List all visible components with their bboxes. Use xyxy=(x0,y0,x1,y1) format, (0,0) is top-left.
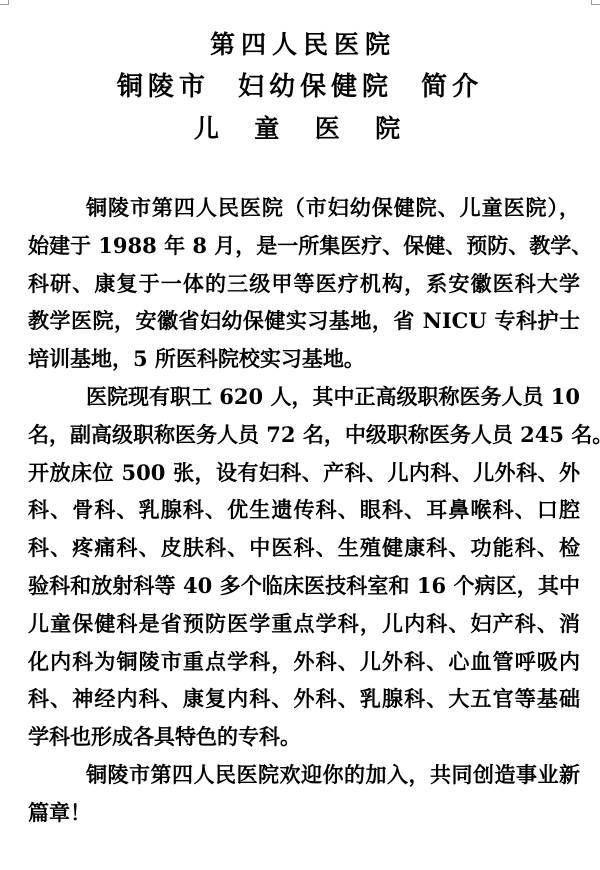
text-line: 始建于 1988 年 8 月，是一所集医疗、保健、预防、教学、 xyxy=(28,227,580,265)
document-title-block: 第四人民医院 铜陵市 妇幼保健院 简介 儿 童 医 院 xyxy=(0,30,600,156)
paragraph-welcome: 铜陵市第四人民医院欢迎你的加入，共同创造事业新 篇章！ xyxy=(28,756,580,832)
title-line-children-hospital: 儿 童 医 院 xyxy=(0,114,600,156)
text-line: 儿童保健科是省预防医学重点学科，儿内科、妇产科、消 xyxy=(28,605,580,643)
text-line: 科、疼痛科、皮肤科、中医科、生殖健康科、功能科、检 xyxy=(28,529,580,567)
paragraph-introduction: 铜陵市第四人民医院（市妇幼保健院、儿童医院）， 始建于 1988 年 8 月，是… xyxy=(28,189,580,378)
paragraph-staff-and-departments: 医院现有职工 620 人，其中正高级职称医务人员 10 名，副高级职称医务人员 … xyxy=(28,378,580,756)
text-line: 铜陵市第四人民医院（市妇幼保健院、儿童医院）， xyxy=(28,189,580,227)
crop-mark-top-left xyxy=(0,0,9,5)
text-line: 名，副高级职称医务人员 72 名，中级职称医务人员 245 名。 xyxy=(28,416,580,454)
title-line-main: 铜陵市 妇幼保健院 简介 xyxy=(0,72,600,114)
text-line: 医院现有职工 620 人，其中正高级职称医务人员 10 xyxy=(28,378,580,416)
text-line: 篇章！ xyxy=(28,794,580,832)
document-body: 铜陵市第四人民医院（市妇幼保健院、儿童医院）， 始建于 1988 年 8 月，是… xyxy=(28,189,580,832)
text-line: 培训基地，5 所医科院校实习基地。 xyxy=(28,340,580,378)
title-line-hospital-name: 第四人民医院 xyxy=(0,30,600,72)
crop-mark-top-right xyxy=(591,0,600,5)
text-line: 化内科为铜陵市重点学科，外科、儿外科、心血管呼吸内 xyxy=(28,643,580,681)
text-line: 科研、康复于一体的三级甲等医疗机构，系安徽医科大学 xyxy=(28,265,580,303)
text-line: 科、神经内科、康复内科、外科、乳腺科、大五官等基础 xyxy=(28,680,580,718)
text-line: 验科和放射科等 40 多个临床医技科室和 16 个病区，其中 xyxy=(28,567,580,605)
text-line: 学科也形成各具特色的专科。 xyxy=(28,718,580,756)
text-line: 教学医院，安徽省妇幼保健实习基地，省 NICU 专科护士 xyxy=(28,302,580,340)
text-line: 开放床位 500 张，设有妇科、产科、儿内科、儿外科、外 xyxy=(28,454,580,492)
text-line: 科、骨科、乳腺科、优生遗传科、眼科、耳鼻喉科、口腔 xyxy=(28,491,580,529)
text-line: 铜陵市第四人民医院欢迎你的加入，共同创造事业新 xyxy=(28,756,580,794)
